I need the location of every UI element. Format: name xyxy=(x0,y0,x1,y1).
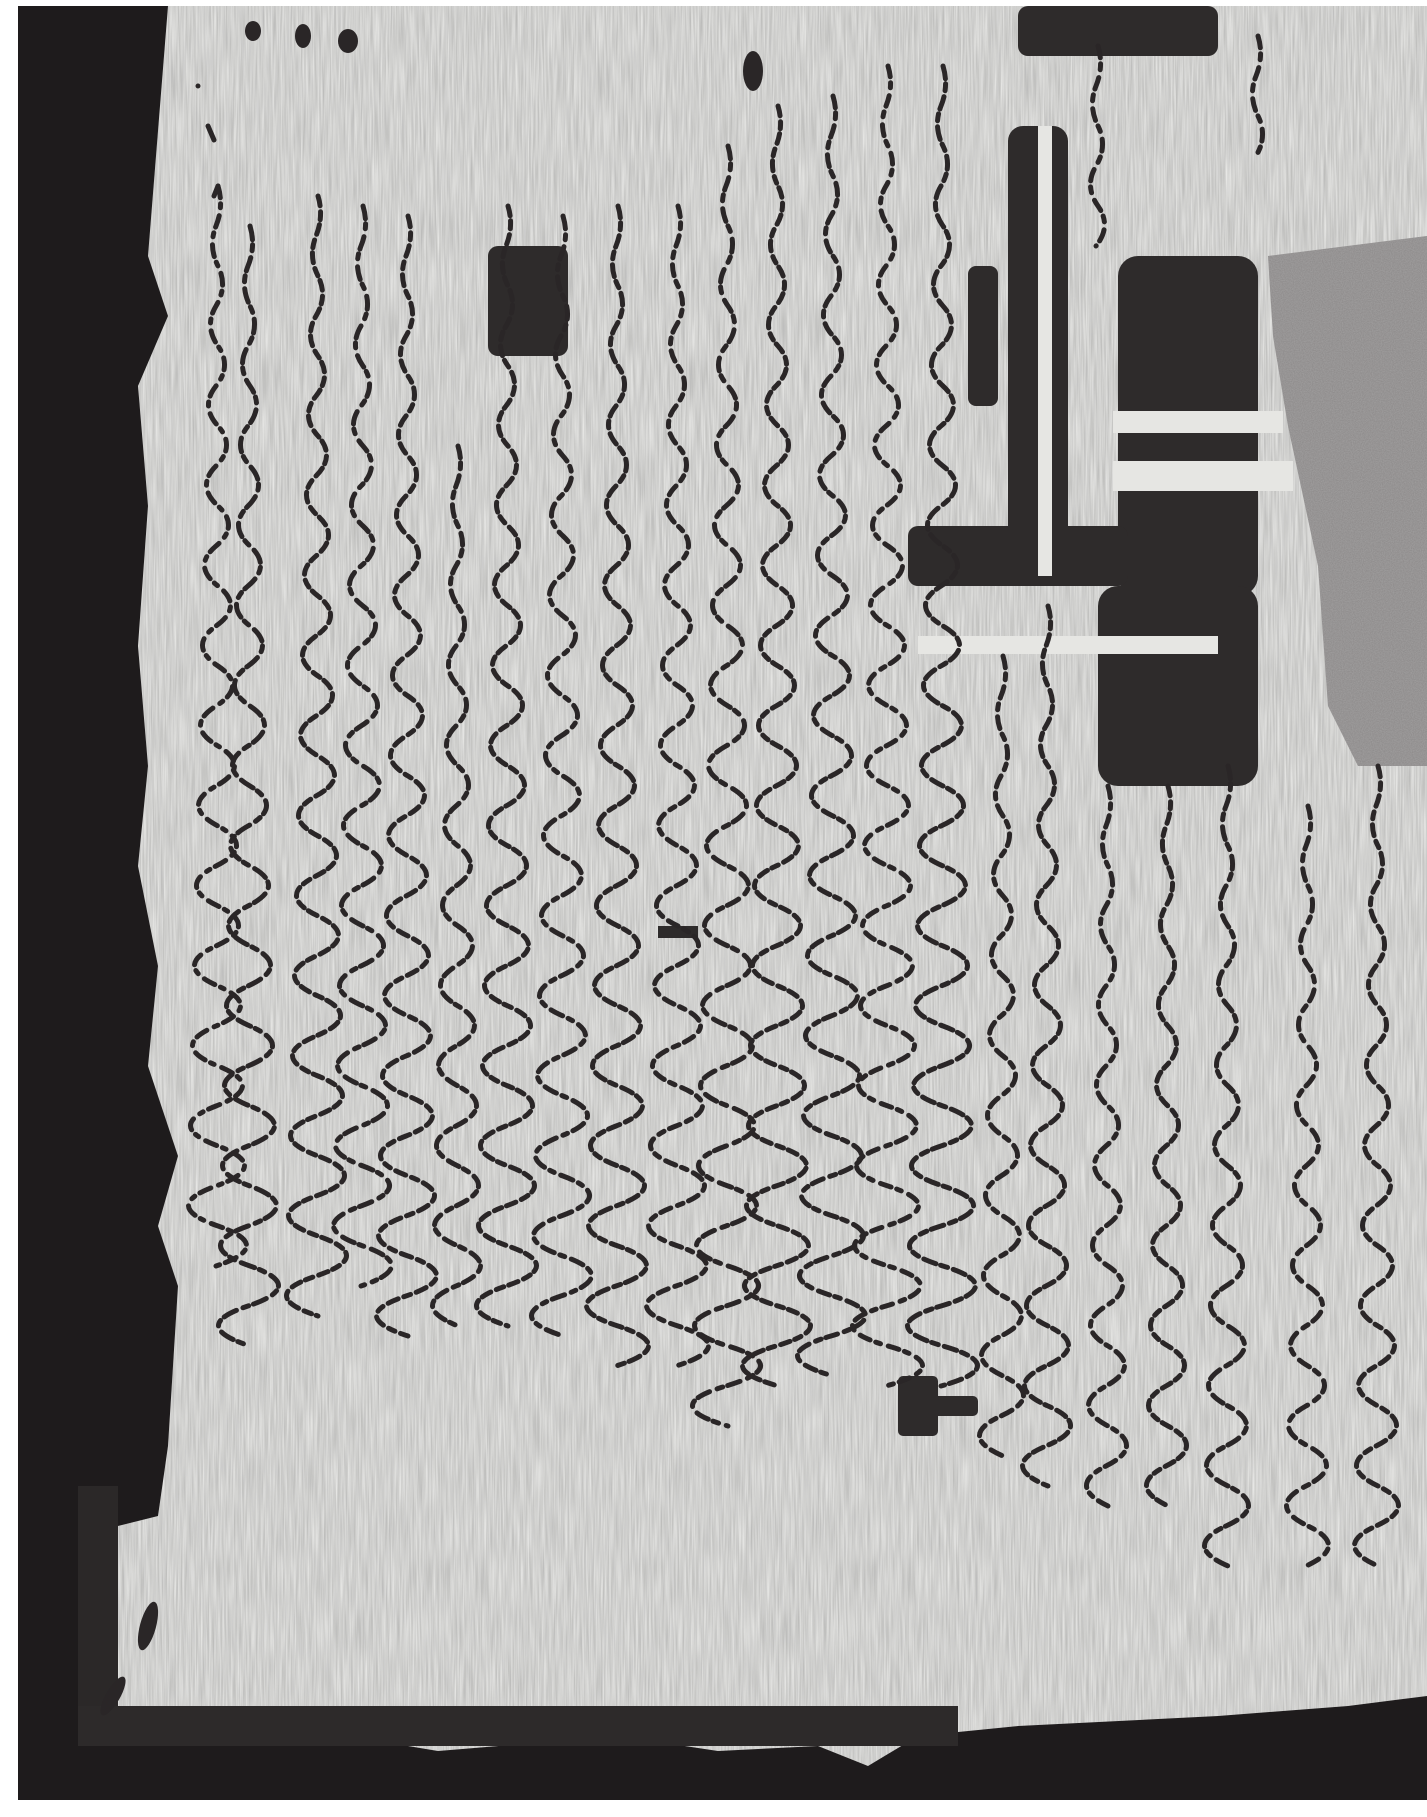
papyrus-photograph xyxy=(18,6,1427,1800)
photo-frame xyxy=(18,6,1427,1800)
